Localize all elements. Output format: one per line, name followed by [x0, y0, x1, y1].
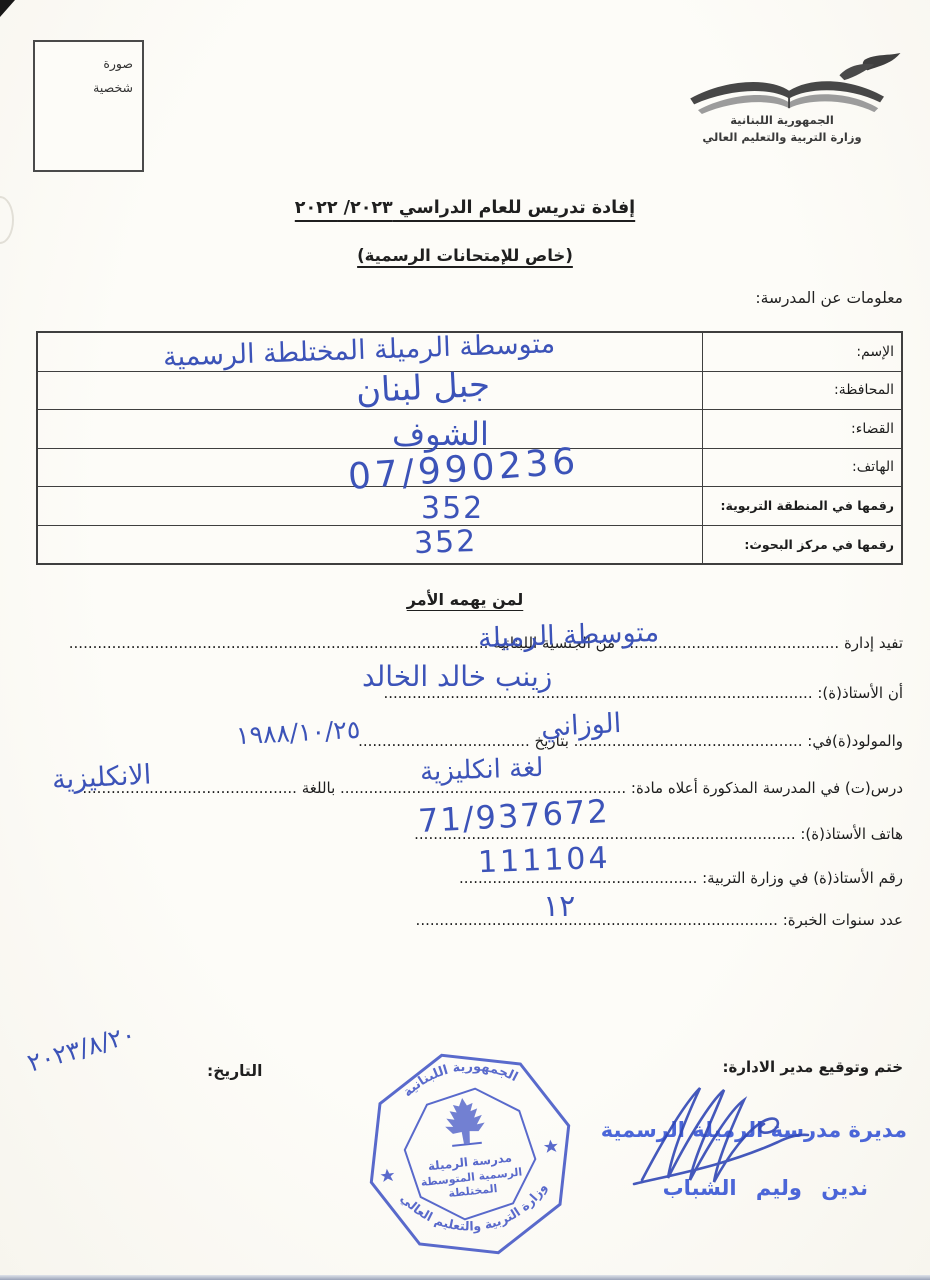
row-label: رقمها في مركز البحوث:	[702, 525, 902, 564]
row-label: رقمها في المنطقة التربوية:	[702, 487, 902, 526]
table-value-cell	[37, 525, 702, 564]
row-label: القضاء:	[702, 410, 902, 449]
ministry-logo-icon	[672, 52, 910, 114]
scan-corner-artifact	[0, 0, 15, 17]
handwritten-district: الشوف	[392, 418, 489, 450]
personal-photo-box: صورة شخصية	[33, 40, 144, 172]
handwritten-teacher-name: زينب خالد الخالد	[362, 663, 552, 691]
principal-signature-icon	[628, 1078, 823, 1198]
row-label: الإسم:	[702, 332, 902, 371]
scanned-document-page: صورة شخصية الجمهورية اللبنانية وزارة الت…	[0, 0, 930, 1280]
letter-line-birth: والمولود(ة)في: .........................…	[358, 732, 903, 750]
row-label: الهاتف:	[702, 448, 902, 487]
scan-bottom-edge	[0, 1275, 930, 1280]
letter-line-experience: عدد سنوات الخبرة: ......................…	[416, 911, 903, 929]
handwritten-school-short: متوسطة الرميلة	[478, 619, 660, 652]
handwritten-birthplace: الوزاني	[540, 710, 622, 741]
stamp-signature-label: ختم وتوقيع مدير الادارة:	[723, 1058, 903, 1076]
handwritten-district-number: 352	[421, 494, 484, 524]
handwritten-ministry-number: 111104	[478, 844, 611, 879]
letter-heading: لمن يهمه الأمر	[0, 590, 930, 609]
date-label: التاريخ:	[207, 1062, 262, 1080]
header-republic-line: الجمهورية اللبنانية	[648, 113, 916, 127]
handwritten-teacher-phone: 71/937672	[417, 795, 610, 837]
row-label: المحافظة:	[702, 371, 902, 410]
school-stamp-icon: الجمهورية اللبنانية وزارة التربية والتعل…	[345, 1029, 596, 1280]
cedar-icon	[442, 1096, 486, 1145]
handwritten-governorate: جبل لبنان	[355, 368, 491, 409]
photo-box-label-line2: شخصية	[44, 76, 133, 100]
photo-box-label-line1: صورة	[44, 52, 133, 76]
document-subtitle: (خاص للإمتحانات الرسمية)	[0, 246, 930, 265]
handwritten-research-number: 352	[413, 527, 477, 559]
handwritten-experience-years: ١٢	[543, 892, 575, 922]
document-title: إفادة تدريس للعام الدراسي ٢٠٢٣/ ٢٠٢٢	[0, 198, 930, 218]
handwritten-subject: لغة انكليزية	[420, 755, 544, 785]
school-info-heading: معلومات عن المدرسة:	[755, 289, 903, 307]
handwritten-birthdate: ١٩٨٨/١٠/٢٥	[235, 717, 360, 748]
handwritten-language: الانكليزية	[51, 761, 152, 793]
header-ministry-line: وزارة التربية والتعليم العالي	[648, 130, 916, 144]
handwritten-footer-date: ٢٠٢٣/٨/٢٠	[25, 1021, 138, 1076]
table-value-cell	[37, 410, 702, 449]
